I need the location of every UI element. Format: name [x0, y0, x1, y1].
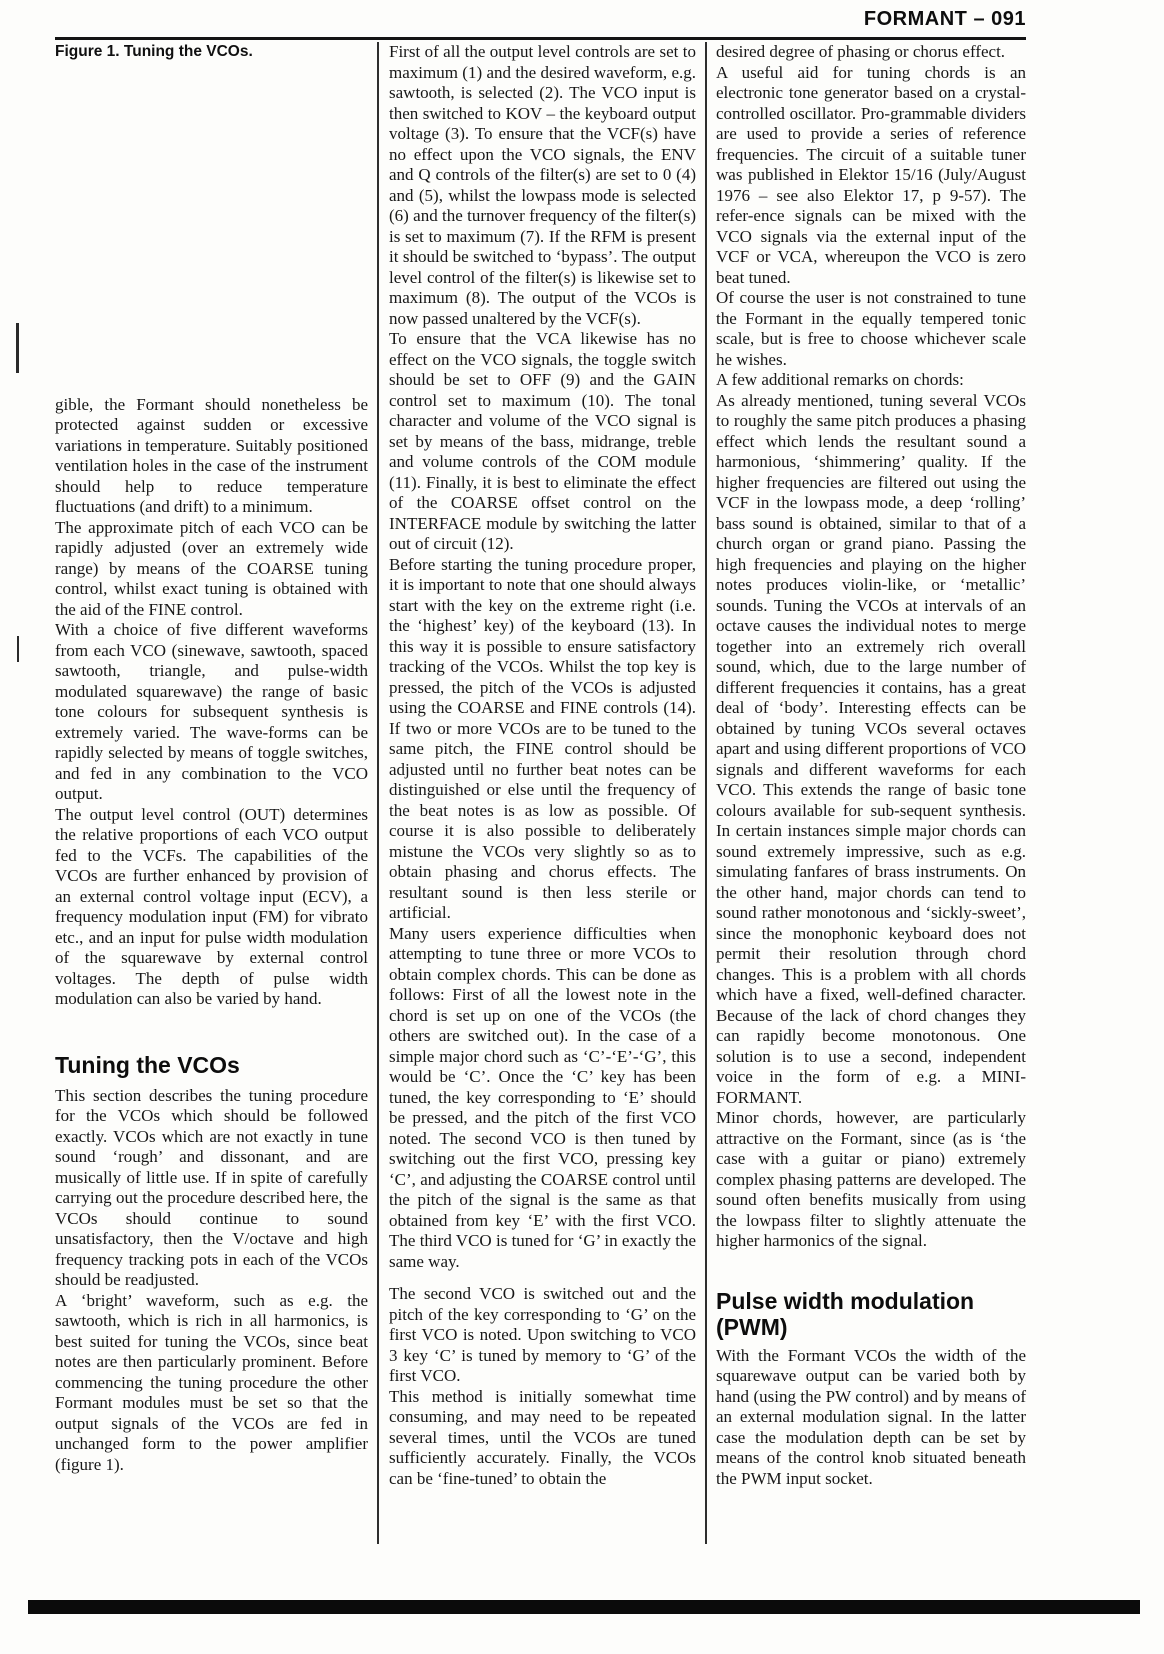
column-left: Figure 1. Tuning the VCOs. gible, the Fo…: [55, 42, 368, 1475]
paragraph: A few additional remarks on chords:: [716, 370, 1026, 391]
paragraph: A useful aid for tuning chords is an ele…: [716, 63, 1026, 289]
paragraph: This method is initially somewhat time c…: [389, 1387, 696, 1490]
paragraph: gible, the Formant should nonetheless be…: [55, 395, 368, 518]
magazine-page: FORMANT – 091 Figure 1. Tuning the VCOs.…: [0, 0, 1164, 1654]
paragraph: The approximate pitch of each VCO can be…: [55, 518, 368, 621]
paragraph: Many users experience difficulties when …: [389, 924, 696, 1273]
paragraph: To ensure that the VCA likewise has no e…: [389, 329, 696, 555]
bottom-rule: [28, 1600, 1140, 1614]
paragraph: Before starting the tuning procedure pro…: [389, 555, 696, 924]
paragraph: As already mentioned, tuning several VCO…: [716, 391, 1026, 1109]
paragraph: desired degree of phasing or chorus effe…: [716, 42, 1026, 63]
paragraph: Minor chords, however, are particularly …: [716, 1108, 1026, 1252]
column-divider: [705, 42, 707, 1544]
page-header: FORMANT – 091: [55, 8, 1026, 31]
paragraph: First of all the output level controls a…: [389, 42, 696, 329]
column-divider: [377, 42, 379, 1544]
column-middle: First of all the output level controls a…: [389, 42, 696, 1489]
paragraph: Of course the user is not constrained to…: [716, 288, 1026, 370]
section-heading-tuning: Tuning the VCOs: [55, 1052, 368, 1078]
figure-1-area: [55, 63, 368, 395]
paragraph: A ‘bright’ waveform, such as e.g. the sa…: [55, 1291, 368, 1476]
figure-caption: Figure 1. Tuning the VCOs.: [55, 42, 368, 63]
paragraph: With a choice of five different waveform…: [55, 620, 368, 805]
paragraph: With the Formant VCOs the width of the s…: [716, 1346, 1026, 1490]
scan-artifact: [17, 636, 19, 662]
paragraph: The output level control (OUT) determine…: [55, 805, 368, 1010]
paragraph: This section describes the tuning proced…: [55, 1086, 368, 1291]
scan-artifact: [16, 323, 19, 373]
header-rule: [55, 37, 1026, 40]
paragraph: The second VCO is switched out and the p…: [389, 1284, 696, 1387]
section-heading-pwm: Pulse width modulation (PWM): [716, 1288, 1026, 1340]
column-right: desired degree of phasing or chorus effe…: [716, 42, 1026, 1489]
